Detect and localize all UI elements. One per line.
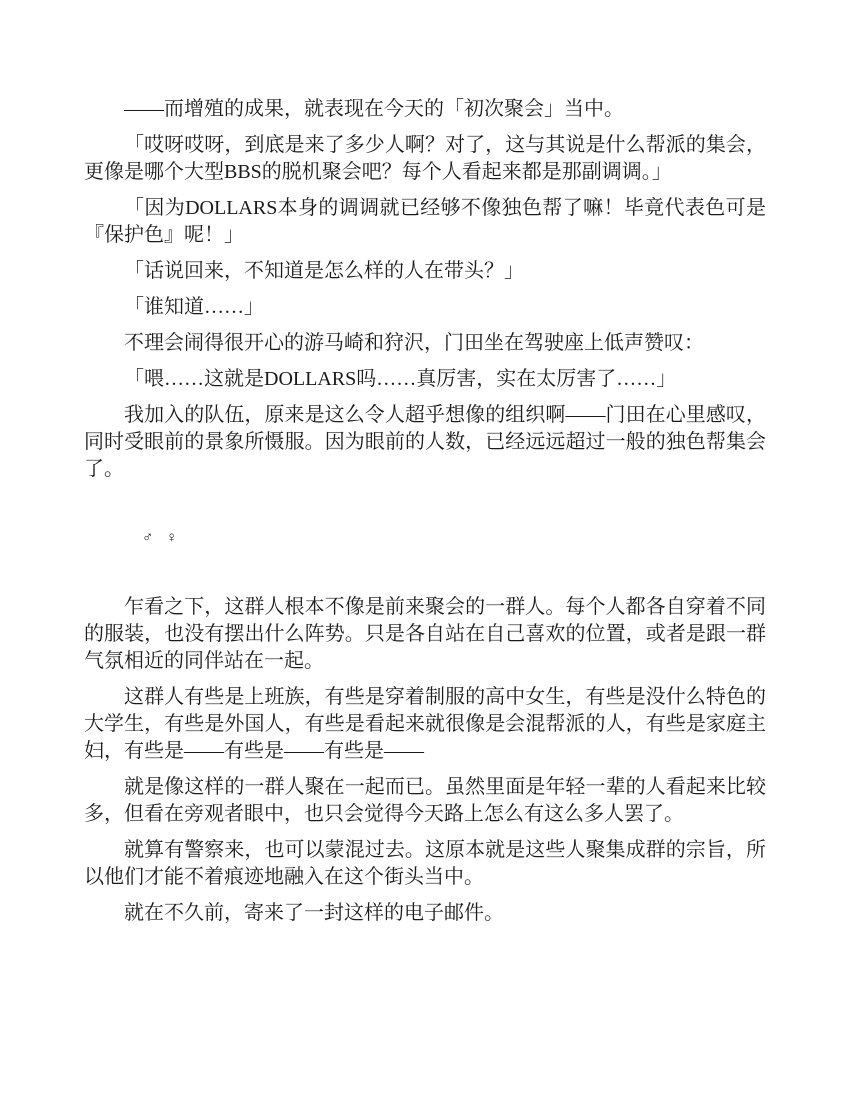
book-page: ——而增殖的成果，就表现在今天的「初次聚会」当中。 「哎呀哎呀，到底是来了多少人… [0,0,850,1100]
paragraph-13: 就在不久前，寄来了一封这样的电子邮件。 [84,900,766,927]
paragraph-5: 「谁知道……」 [84,294,766,321]
female-sign-icon: ♀ [166,525,177,552]
paragraph-10: 这群人有些是上班族，有些是穿着制服的高中女生，有些是没什么特色的大学生，有些是外… [84,684,766,765]
paragraph-1: ——而增殖的成果，就表现在今天的「初次聚会」当中。 [84,96,766,123]
paragraph-11: 就是像这样的一群人聚在一起而已。虽然里面是年轻一辈的人看起来比较多，但看在旁观者… [84,774,766,828]
paragraph-9: 乍看之下，这群人根本不像是前来聚会的一群人。每个人都各自穿着不同的服装，也没有摆… [84,594,766,675]
male-sign-icon: ♂ [142,525,153,552]
page-content: ——而增殖的成果，就表现在今天的「初次聚会」当中。 「哎呀哎呀，到底是来了多少人… [84,96,766,936]
paragraph-4: 「话说回来，不知道是怎么样的人在带头？」 [84,258,766,285]
paragraph-12: 就算有警察来，也可以蒙混过去。这原本就是这些人聚集成群的宗旨，所以他们才能不着痕… [84,837,766,891]
paragraph-7: 「喂……这就是DOLLARS吗……真厉害，实在太厉害了……」 [84,366,766,393]
paragraph-8: 我加入的队伍，原来是这么令人超乎想像的组织啊——门田在心里感叹，同时受眼前的景象… [84,402,766,483]
paragraph-6: 不理会闹得很开心的游马崎和狩沢，门田坐在驾驶座上低声赞叹： [84,330,766,357]
paragraph-3: 「因为DOLLARS本身的调调就已经够不像独色帮了嘛！毕竟代表色可是『保护色』呢… [84,195,766,249]
paragraph-2: 「哎呀哎呀，到底是来了多少人啊？对了，这与其说是什么帮派的集会，更像是哪个大型B… [84,132,766,186]
section-divider: ♂ ♀ [84,525,766,552]
